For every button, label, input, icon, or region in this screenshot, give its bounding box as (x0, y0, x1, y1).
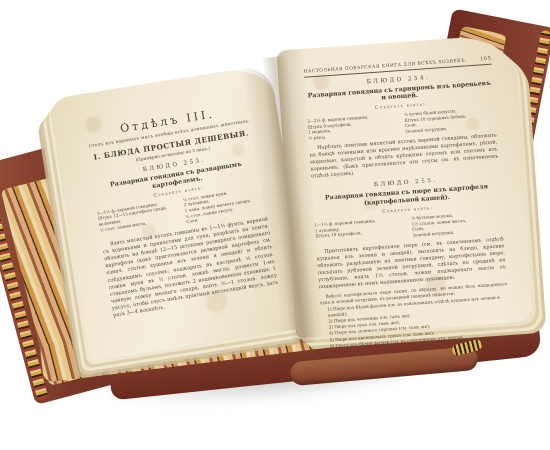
book-photo: Отдѣлъ III. Столъ изъ вареныхъ мясъ вооб… (0, 0, 550, 450)
ingredients-column-left: 1—1½ ф. вареной говядины, 1 луковицу, Шт… (314, 216, 406, 245)
left-page: Отдѣлъ III. Столъ изъ вареныхъ мясъ вооб… (49, 64, 312, 362)
ingredients-column-right: ¼ кочна бѣлой капусты, Штукъ 10 турецких… (404, 106, 496, 135)
running-head-title: НАСТОЛЬНАЯ ПОВАРСКАЯ КНИГА ДЛЯ ВСѢХЪ ХОЗ… (304, 58, 467, 74)
right-page: НАСТОЛЬНАЯ ПОВАРСКАЯ КНИГА ДЛЯ ВСѢХЪ ХОЗ… (276, 34, 534, 338)
left-page-content: Отдѣлъ III. Столъ изъ вареныхъ мясъ вооб… (84, 102, 280, 320)
right-page-content: НАСТОЛЬНАЯ ПОВАРСКАЯ КНИГА ДЛЯ ВСѢХЪ ХОЗ… (304, 56, 511, 350)
ingredients-column-right: ¼ бутылки молока, 1½ столов. ложки масла… (411, 209, 503, 238)
dish-254-instructions: Нарѣзать ломтями мясистый кусокъ вареной… (309, 132, 499, 180)
page-number: 165 (480, 56, 491, 63)
ingredients-column-left: 2—2½ ф. вареной говядины, Штукъ 8 картоф… (307, 112, 399, 141)
